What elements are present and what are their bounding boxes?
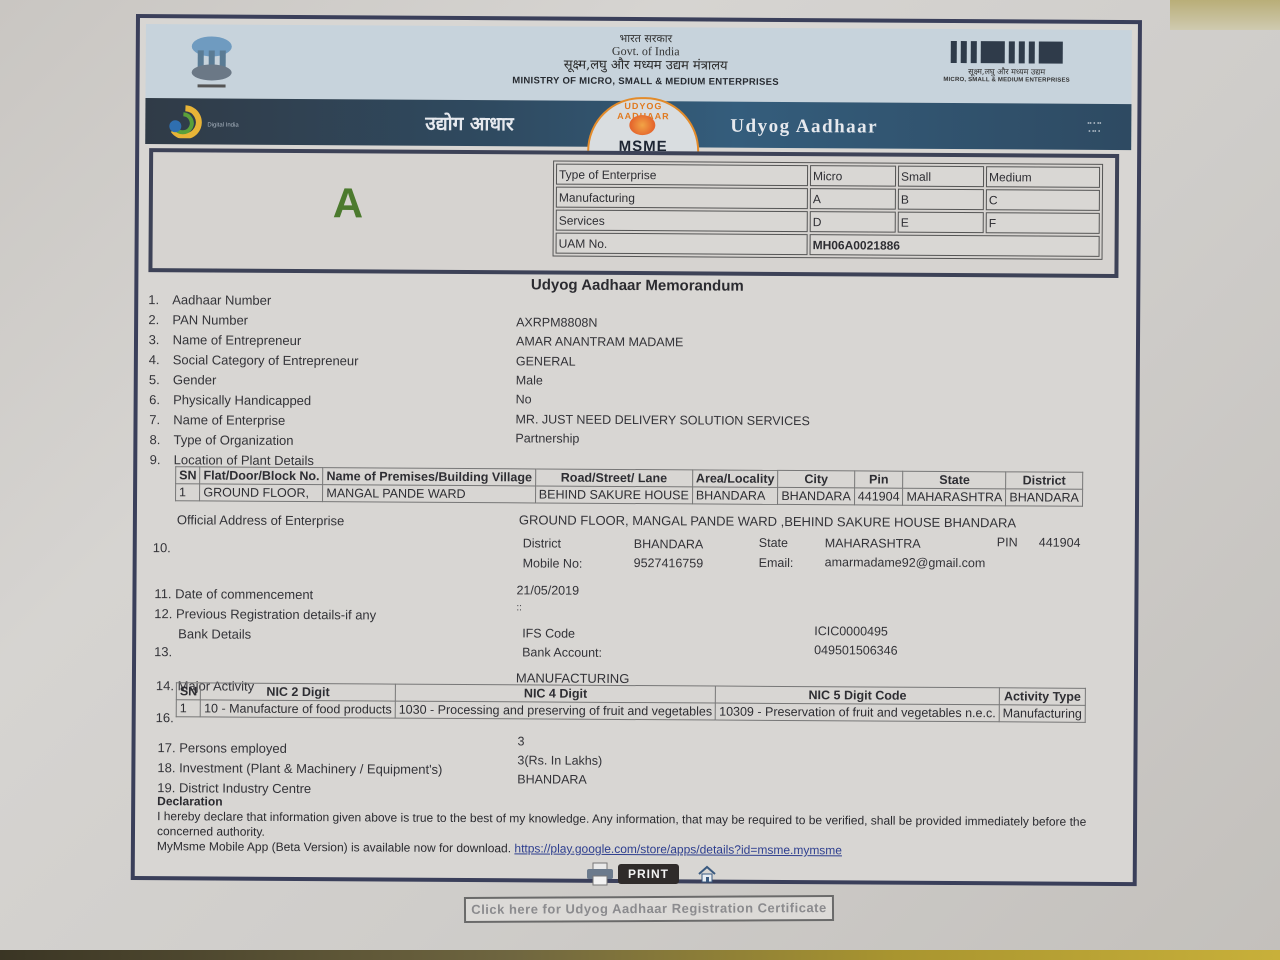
home-icon[interactable] [697,864,717,884]
field-number: 5. [149,372,173,387]
column-header: Flat/Door/Block No. [200,467,323,485]
column-header: NIC 5 Digit Code [716,686,1000,705]
memorandum-fields: 1.Aadhaar Number2.PAN NumberAXRPM8808N3.… [140,18,1138,24]
band-right-text: ▪▪ ▪ ▪▪▪ ▪▪ ▪ [1087,120,1101,136]
national-emblem-icon [184,32,240,90]
field-label: Previous Registration details-if any [176,606,376,622]
table-cell: BHANDARA [692,487,778,505]
field-number: 3. [149,332,173,347]
column-header: Activity Type [999,688,1085,706]
field-number: 16. [156,710,174,725]
field-number: 14. [156,678,174,693]
ministry-title-block: भारत सरकार Govt. of India सूक्ष्म,लघु और… [446,32,846,88]
table-row: Manufacturing A B C [556,187,1100,211]
pin-value: 441904 [1039,536,1081,550]
field-number: 7. [149,412,173,427]
investment-value: 3(Rs. In Lakhs) [517,753,602,768]
column-header: Name of Premises/Building Village [323,468,535,486]
msme-logo: सूक्ष्म,लघु और मध्यम उद्यम MICRO, SMALL … [922,41,1092,84]
field-label: Type of Organization [173,432,293,448]
column-header: SN [176,467,200,484]
digital-india-logo-icon [165,104,205,138]
memorandum-field-row: 3.Name of Entrepreneur [149,332,302,348]
column-header: City [778,470,855,487]
table-cell: GROUND FLOOR, [200,484,323,502]
field-value: MR. JUST NEED DELIVERY SOLUTION SERVICES [515,412,809,428]
field-label: Persons employed [179,740,287,756]
band-english-title: Udyog Aadhaar [730,116,878,139]
field-value: AMAR ANANTRAM MADAME [516,334,683,349]
field-value: Male [516,373,543,387]
background-photo-edge [0,950,1280,960]
state-label: State [759,536,788,550]
field-number: 8. [149,432,173,447]
mobile-app-text: MyMsme Mobile App (Beta Version) is avai… [157,839,511,855]
enterprise-type-box: A Type of Enterprise Micro Small Medium … [148,148,1119,278]
memorandum-field-row: 2.PAN Number [148,312,248,328]
commencement-value: 21/05/2019 [516,583,579,597]
seal-sun-icon [629,115,655,135]
table-cell: Manufacturing [556,187,808,210]
table-cell: B [898,189,984,211]
column-header: State [903,471,1006,489]
official-address-label: Official Address of Enterprise [177,512,344,528]
table-cell: MAHARASHTRA [903,488,1006,506]
field-label: Aadhaar Number [172,292,271,308]
memorandum-field-row: 5.Gender [149,372,216,387]
persons-employed-value: 3 [518,734,525,748]
field-label: Gender [173,372,216,387]
previous-registration-value: :: [516,602,522,613]
column-header: Pin [854,471,903,488]
field-value: No [516,392,532,406]
memorandum-field-row: 7.Name of Enterprise [149,412,285,428]
field-label: Physically Handicapped [173,392,311,408]
district-industry-centre-value: BHANDARA [517,772,587,786]
table-cell: Small [898,166,984,188]
ifs-label: IFS Code [522,626,575,640]
table-row: Type of Enterprise Micro Small Medium [556,164,1100,188]
header-banner: भारत सरकार Govt. of India सूक्ष्म,लघु और… [145,24,1131,104]
field-number: 6. [149,392,173,407]
previous-registration-label: 12. Previous Registration details-if any [154,606,376,622]
table-cell: C [986,189,1100,211]
mobile-value: 9527416759 [634,556,704,570]
table-cell: 1 [176,700,200,717]
column-header: NIC 4 Digit [395,684,715,703]
table-cell: 1030 - Processing and preserving of frui… [395,701,715,720]
column-header: District [1006,472,1083,489]
hindi-ministry-text: सूक्ष्म,लघु और मध्यम उद्यम मंत्रालय [446,57,846,75]
ministry-text: MINISTRY OF MICRO, SMALL & MEDIUM ENTERP… [446,75,846,88]
table-cell: E [898,212,984,234]
uam-label: UAM No. [556,233,808,256]
table-cell: 1 [176,484,200,501]
table-cell: Medium [986,166,1100,188]
column-header: SN [176,683,200,700]
plant-location-table: SN Flat/Door/Block No. Name of Premises/… [175,466,1083,507]
table-row: UAM No. MH06A0021886 [556,233,1100,257]
field-value: AXRPM8808N [516,315,597,329]
field-number: 1. [148,292,172,307]
table-cell: MANGAL PANDE WARD [323,485,535,503]
field-label: PAN Number [172,312,248,327]
column-header: NIC 2 Digit [201,683,396,701]
table-cell: F [986,212,1100,234]
field-label: Name of Enterprise [173,412,285,428]
declaration-section: Declaration I hereby declare that inform… [157,794,1107,860]
field-number: 17. [157,740,175,755]
district-label: District [523,536,561,550]
enterprise-type-table: Type of Enterprise Micro Small Medium Ma… [553,161,1104,260]
digital-india-text: Digital India [207,122,238,128]
field-label: Social Category of Entrepreneur [173,352,359,368]
uam-number: MH06A0021886 [810,234,1100,257]
field-number: 4. [149,352,173,367]
ifs-value: ICIC0000495 [814,624,888,638]
table-cell: Manufacturing [999,705,1085,723]
table-row: Services D E F [556,210,1100,234]
print-button[interactable]: PRINT [618,864,679,884]
field-label: Investment (Plant & Machinery / Equipmen… [179,760,442,777]
field-value: Partnership [515,431,579,445]
persons-employed-label: 17. Persons employed [157,740,286,756]
investment-label: 18. Investment (Plant & Machinery / Equi… [157,760,442,777]
memorandum-field-row: 6.Physically Handicapped [149,392,311,408]
table-cell: Micro [810,165,896,187]
table-cell: 441904 [854,488,903,505]
table-cell: A [810,188,896,210]
band-hindi-title: उद्योग आधार [425,110,514,137]
district-value: BHANDARA [634,537,704,551]
field-value: GENERAL [516,354,576,368]
email-label: Email: [759,556,794,570]
table-cell: BHANDARA [778,487,855,504]
field-label: Name of Entrepreneur [173,332,302,348]
field-number: 10. [153,540,171,555]
pin-label: PIN [997,535,1018,549]
field-number: 9. [150,452,174,467]
memorandum-title: Udyog Aadhaar Memorandum [138,274,1136,297]
table-cell: Services [556,210,808,233]
table-cell: D [810,211,896,233]
memorandum-field-row: 4.Social Category of Entrepreneur [149,352,359,368]
bank-details-label: Bank Details [178,626,251,641]
field-number: 2. [148,312,172,327]
commencement-label: 11. Date of commencement [154,586,313,602]
field-number: 12. [154,606,172,621]
field-number: 11. [154,586,171,601]
memorandum-field-row: 1.Aadhaar Number [148,292,271,308]
printer-icon[interactable] [586,862,614,886]
udyog-aadhaar-document: भारत सरकार Govt. of India सूक्ष्म,लघु और… [131,14,1142,886]
print-actions: PRINT [586,862,717,886]
background-photo-corner [1170,0,1280,30]
column-header: Area/Locality [692,470,778,488]
enterprise-grade-letter: A [333,179,364,227]
field-label: Date of commencement [175,586,313,602]
nic-code-table: SN NIC 2 Digit NIC 4 Digit NIC 5 Digit C… [176,682,1086,723]
field-number: 13. [154,644,172,659]
mobile-label: Mobile No: [523,556,583,570]
table-cell: BEHIND SAKURE HOUSE [535,486,692,504]
registration-certificate-button[interactable]: Click here for Udyog Aadhaar Registratio… [464,895,834,923]
column-header: Road/Street/ Lane [535,469,692,487]
bank-account-label: Bank Account: [522,645,602,659]
bank-account-value: 049501506346 [814,643,898,658]
table-cell: 10 - Manufacture of food products [201,700,396,718]
memorandum-field-row: 8.Type of Organization [149,432,293,448]
table-cell: 10309 - Preservation of fruit and vegeta… [716,703,1000,722]
email-value: amarmadame92@gmail.com [825,555,986,570]
table-cell: Type of Enterprise [556,164,808,187]
field-number: 19. [157,780,175,795]
official-address-value: GROUND FLOOR, MANGAL PANDE WARD ,BEHIND … [519,512,1016,530]
state-value: MAHARASHTRA [825,536,921,551]
field-number: 18. [157,760,175,775]
msme-sub-text: MICRO, SMALL & MEDIUM ENTERPRISES [922,77,1092,84]
table-cell: BHANDARA [1006,489,1083,506]
mobile-app-link[interactable]: https://play.google.com/store/apps/detai… [514,841,842,857]
msme-logo-icon [922,41,1092,64]
